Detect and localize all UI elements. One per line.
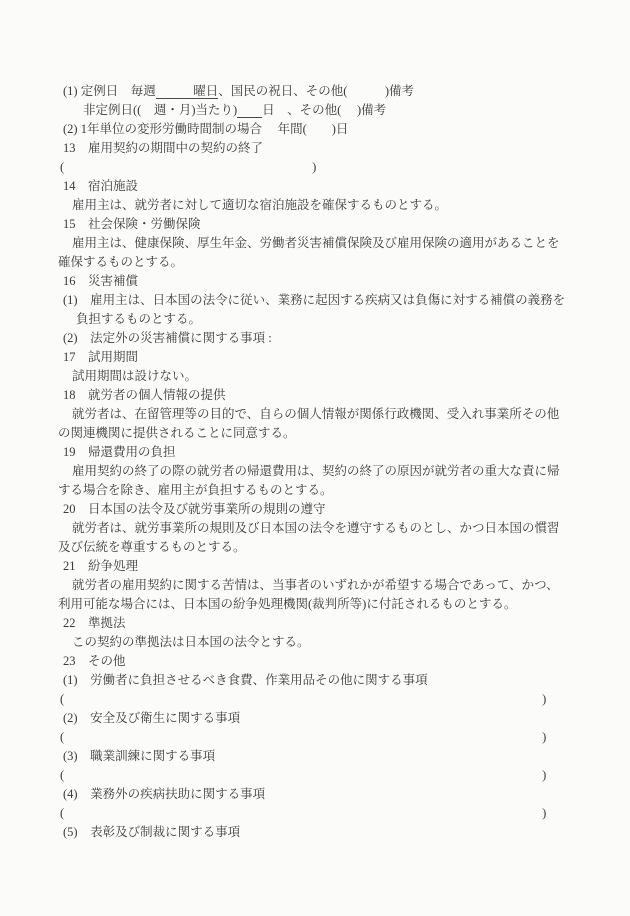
contract-page-body: (1) 定例日 毎週 曜日、国民の祝日、その他( )備考非定例日(( 週・月)当… xyxy=(0,0,630,842)
document-line: 19 帰還費用の負担 xyxy=(58,443,574,462)
line-text: 16 災害補償 xyxy=(63,274,138,288)
line-text: 就労者の雇用契約に関する苦情は、当事者のいずれかが希望する場合であって、かつ、 xyxy=(72,578,559,592)
line-text: (5) 表彰及び制裁に関する事項 xyxy=(63,825,240,839)
document-line: 確保するものとする。 xyxy=(58,253,574,272)
document-line: 利用可能な場合には、日本国の紛争処理機関(裁判所等)に付託されるものとする。 xyxy=(58,595,574,614)
paren-open: ( xyxy=(60,806,64,820)
document-line: (1) 労働者に負担させるべき食費、作業用品その他に関する事項 xyxy=(58,671,574,690)
document-line: 試用期間は設けない。 xyxy=(58,367,574,386)
document-line: 非定例日(( 週・月)当たり) 日 、その他( )備考 xyxy=(58,101,574,120)
blank-paren-line: () xyxy=(58,728,574,747)
paren-close: ) xyxy=(312,160,316,174)
line-text: する場合を除き、雇用主が負担するものとする。 xyxy=(58,483,333,497)
document-line: の関連機関に提供されることに同意する。 xyxy=(58,424,574,443)
blank-paren-line: () xyxy=(58,766,574,785)
document-line: 就労者は、在留管理等の目的で、自らの個人情報が関係行政機関、受入れ事業所その他 xyxy=(58,405,574,424)
line-text: 17 試用期間 xyxy=(63,350,138,364)
line-text: 及び伝統を尊重するものとする。 xyxy=(58,540,246,554)
document-line: 及び伝統を尊重するものとする。 xyxy=(58,538,574,557)
paren-open: ( xyxy=(60,160,64,174)
document-line: 就労者の雇用契約に関する苦情は、当事者のいずれかが希望する場合であって、かつ、 xyxy=(58,576,574,595)
line-text: 就労者は、就労事業所の規則及び日本国の法令を遵守するものとし、かつ日本国の慣習 xyxy=(72,521,560,535)
document-line: 雇用主は、健康保険、厚生年金、労働者災害補償保険及び雇用保険の適用があることを xyxy=(58,234,574,253)
line-text: (2) 法定外の災害補償に関する事項 : xyxy=(63,331,272,345)
line-text: 日 、その他( )備考 xyxy=(262,103,386,117)
document-line: 22 準拠法 xyxy=(58,614,574,633)
line-text: (2) 1年単位の変形労働時間制の場合 年間( )日 xyxy=(63,122,348,136)
document-line: する場合を除き、雇用主が負担するものとする。 xyxy=(58,481,574,500)
fill-in-blank[interactable] xyxy=(64,702,542,703)
line-text: この契約の準拠法は日本国の法令とする。 xyxy=(72,635,310,649)
paren-close: ) xyxy=(542,768,546,782)
document-line: (2) 1年単位の変形労働時間制の場合 年間( )日 xyxy=(58,120,574,139)
blank-paren-line: () xyxy=(58,804,574,823)
fill-in-blank-underline[interactable] xyxy=(237,103,262,118)
document-line: 21 紛争処理 xyxy=(58,557,574,576)
document-line: 就労者は、就労事業所の規則及び日本国の法令を遵守するものとし、かつ日本国の慣習 xyxy=(58,519,574,538)
blank-paren-line: () xyxy=(58,690,574,709)
document-line: 15 社会保険・労働保険 xyxy=(58,215,574,234)
line-text: (1) 定例日 毎週 xyxy=(63,84,156,98)
document-line: 20 日本国の法令及び就労事業所の規則の遵守 xyxy=(58,500,574,519)
line-text: (4) 業務外の疾病扶助に関する事項 xyxy=(63,787,265,801)
document-line: 18 就労者の個人情報の提供 xyxy=(58,386,574,405)
paren-close: ) xyxy=(542,730,546,744)
fill-in-blank[interactable] xyxy=(64,816,542,817)
line-text: 確保するものとする。 xyxy=(58,255,183,269)
document-line: (2) 安全及び衛生に関する事項 xyxy=(58,709,574,728)
line-text: 19 帰還費用の負担 xyxy=(63,445,176,459)
line-text: 13 雇用契約の期間中の契約の終了 xyxy=(63,141,263,155)
line-text: 利用可能な場合には、日本国の紛争処理機関(裁判所等)に付託されるものとする。 xyxy=(58,597,516,611)
document-line: (1) 定例日 毎週 曜日、国民の祝日、その他( )備考 xyxy=(58,82,574,101)
line-text: 20 日本国の法令及び就労事業所の規則の遵守 xyxy=(63,502,326,516)
line-text: 21 紛争処理 xyxy=(63,559,138,573)
line-text: (1) 雇用主は、日本国の法令に従い、業務に起因する疾病又は負傷に対する補償の義… xyxy=(63,293,565,307)
line-text: 非定例日(( 週・月)当たり) xyxy=(83,103,237,117)
document-line: 雇用契約の終了の際の就労者の帰還費用は、契約の終了の原因が就労者の重大な責に帰 xyxy=(58,462,574,481)
line-text: の関連機関に提供されることに同意する。 xyxy=(58,426,296,440)
line-text: 22 準拠法 xyxy=(63,616,126,630)
document-line: (2) 法定外の災害補償に関する事項 : xyxy=(58,329,574,348)
line-text: (3) 職業訓練に関する事項 xyxy=(63,749,215,763)
line-text: 雇用契約の終了の際の就労者の帰還費用は、契約の終了の原因が就労者の重大な責に帰 xyxy=(72,464,560,478)
paren-close: ) xyxy=(542,692,546,706)
document-line: (4) 業務外の疾病扶助に関する事項 xyxy=(58,785,574,804)
document-line: (1) 雇用主は、日本国の法令に従い、業務に起因する疾病又は負傷に対する補償の義… xyxy=(58,291,574,310)
document-line: 17 試用期間 xyxy=(58,348,574,367)
line-text: 負担するものとする。 xyxy=(76,312,201,326)
document-line: 14 宿泊施設 xyxy=(58,177,574,196)
line-text: 、国民の祝日、その他( )備考 xyxy=(218,84,414,98)
line-text: 試用期間は設けない。 xyxy=(72,369,197,383)
line-text: (1) 労働者に負担させるべき食費、作業用品その他に関する事項 xyxy=(63,673,428,687)
document-line: 雇用主は、就労者に対して適切な宿泊施設を確保するものとする。 xyxy=(58,196,574,215)
document-line: 23 その他 xyxy=(58,652,574,671)
document-line: 13 雇用契約の期間中の契約の終了 xyxy=(58,139,574,158)
line-text: 雇用主は、就労者に対して適切な宿泊施設を確保するものとする。 xyxy=(72,198,447,212)
fill-in-blank[interactable] xyxy=(64,778,542,779)
document-line: (3) 職業訓練に関する事項 xyxy=(58,747,574,766)
fill-in-blank[interactable] xyxy=(64,170,312,171)
line-text: 18 就労者の個人情報の提供 xyxy=(63,388,226,402)
paren-open: ( xyxy=(60,692,64,706)
line-text: 14 宿泊施設 xyxy=(63,179,138,193)
document-line: 負担するものとする。 xyxy=(58,310,574,329)
line-text: 15 社会保険・労働保険 xyxy=(63,217,201,231)
line-text: 23 その他 xyxy=(63,654,126,668)
blank-paren-line: () xyxy=(58,158,574,177)
line-text: (2) 安全及び衛生に関する事項 xyxy=(63,711,240,725)
paren-close: ) xyxy=(542,806,546,820)
document-line: 16 災害補償 xyxy=(58,272,574,291)
fill-in-blank[interactable] xyxy=(64,740,542,741)
paren-open: ( xyxy=(60,730,64,744)
line-text: 就労者は、在留管理等の目的で、自らの個人情報が関係行政機関、受入れ事業所その他 xyxy=(72,407,559,421)
document-line: この契約の準拠法は日本国の法令とする。 xyxy=(58,633,574,652)
document-line: (5) 表彰及び制裁に関する事項 xyxy=(58,823,574,842)
paren-open: ( xyxy=(60,768,64,782)
contract-document-page: (1) 定例日 毎週 曜日、国民の祝日、その他( )備考非定例日(( 週・月)当… xyxy=(0,0,630,916)
fill-in-blank-underline[interactable]: 曜日 xyxy=(156,84,219,99)
line-text: 雇用主は、健康保険、厚生年金、労働者災害補償保険及び雇用保険の適用があることを xyxy=(72,236,560,250)
